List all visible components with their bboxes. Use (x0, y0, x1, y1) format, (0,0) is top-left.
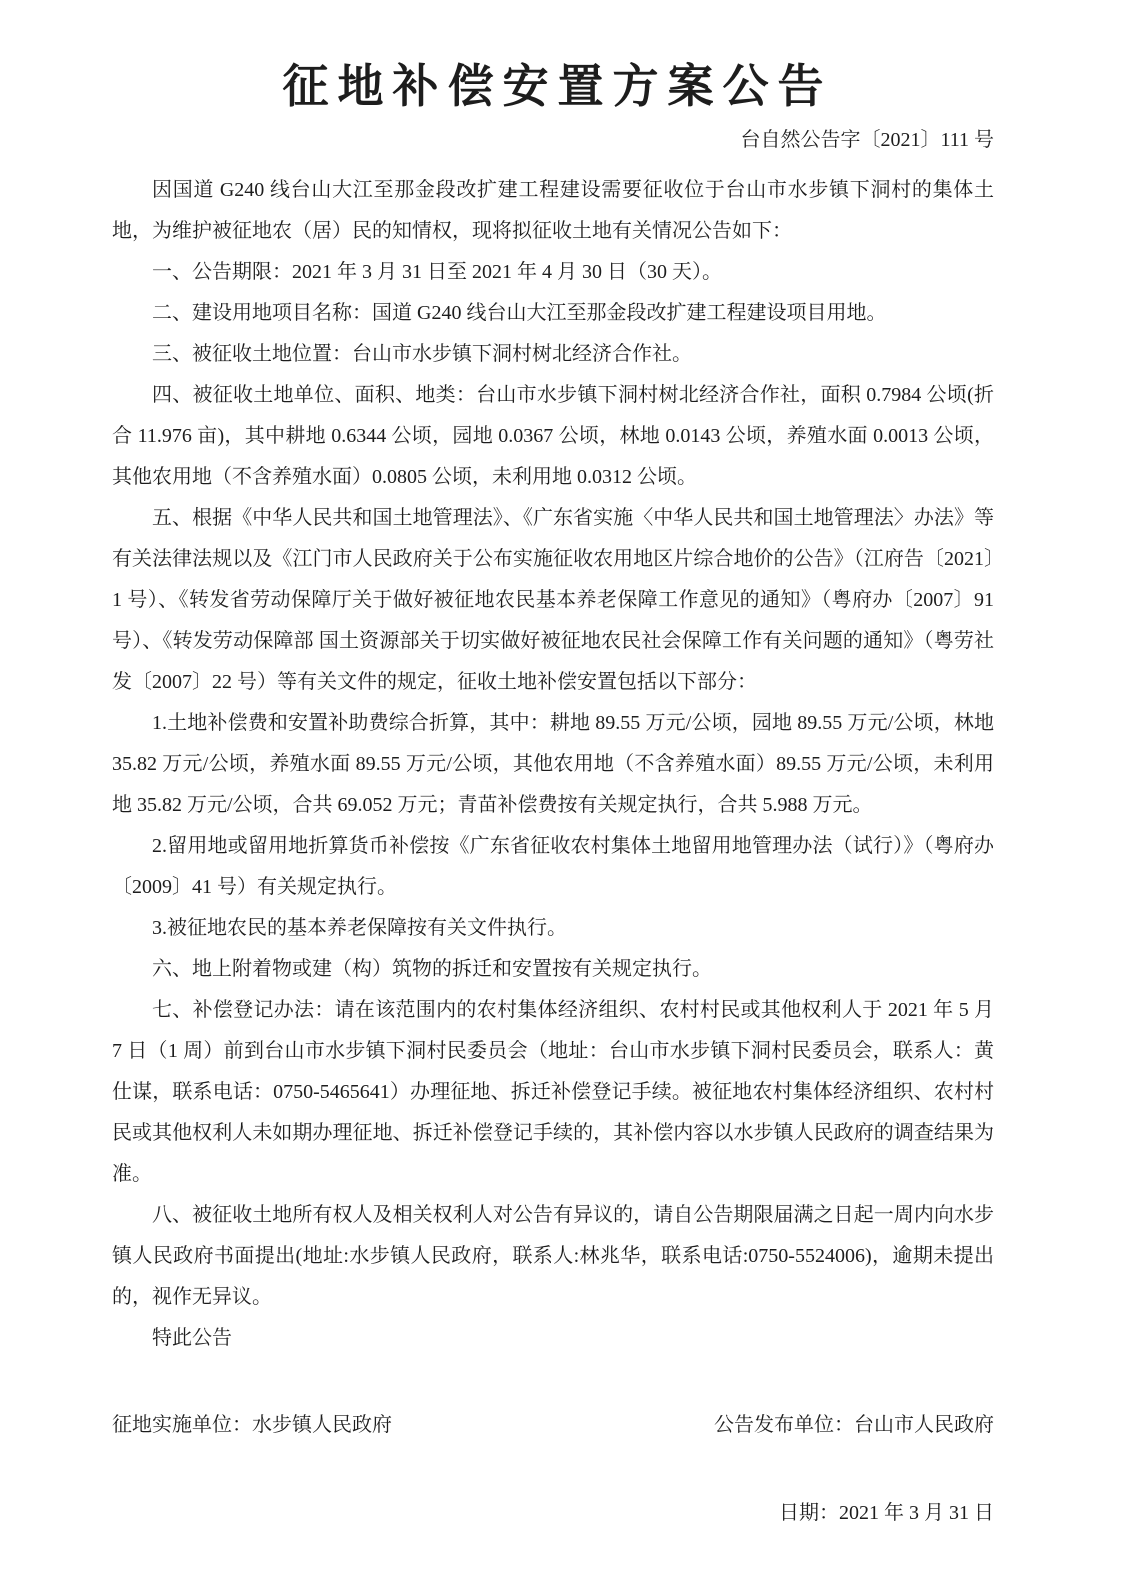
doc-number: 台自然公告字〔2021〕111 号 (112, 126, 994, 154)
footer-date: 日期：2021 年 3 月 31 日 (112, 1499, 994, 1527)
section-3-land-location: 三、被征收土地位置：台山市水步镇下洞村树北经济合作社。 (112, 334, 994, 375)
footer-publish-unit: 公告发布单位：台山市人民政府 (714, 1411, 994, 1439)
footer-implement-unit: 征地实施单位：水步镇人民政府 (112, 1411, 392, 1439)
page-title: 征地补偿安置方案公告 (112, 56, 994, 118)
item-3-pension: 3.被征地农民的基本养老保障按有关文件执行。 (112, 908, 994, 949)
paragraph-intro: 因国道 G240 线台山大江至那金段改扩建工程建设需要征收位于台山市水步镇下洞村… (112, 170, 994, 252)
footer-units-row: 征地实施单位：水步镇人民政府 公告发布单位：台山市人民政府 (112, 1411, 994, 1439)
announcement-page: 征地补偿安置方案公告 台自然公告字〔2021〕111 号 因国道 G240 线台… (0, 0, 1122, 1587)
section-8-objection: 八、被征收土地所有权人及相关权利人对公告有异议的，请自公告期限届满之日起一周内向… (112, 1195, 994, 1318)
section-5-legal-basis: 五、根据《中华人民共和国土地管理法》、《广东省实施〈中华人民共和国土地管理法〉办… (112, 498, 994, 703)
section-7-registration: 七、补偿登记办法：请在该范围内的农村集体经济组织、农村村民或其他权利人于 202… (112, 990, 994, 1195)
item-1-land-compensation: 1.土地补偿费和安置补助费综合折算，其中：耕地 89.55 万元/公顷，园地 8… (112, 703, 994, 826)
section-6-attachments: 六、地上附着物或建（构）筑物的拆迁和安置按有关规定执行。 (112, 949, 994, 990)
document-body: 因国道 G240 线台山大江至那金段改扩建工程建设需要征收位于台山市水步镇下洞村… (112, 170, 994, 1359)
section-2-project-name: 二、建设用地项目名称：国道 G240 线台山大江至那金段改扩建工程建设项目用地。 (112, 293, 994, 334)
item-2-reserved-land: 2.留用地或留用地折算货币补偿按《广东省征收农村集体土地留用地管理办法（试行）》… (112, 826, 994, 908)
section-1-notice-period: 一、公告期限：2021 年 3 月 31 日至 2021 年 4 月 30 日（… (112, 252, 994, 293)
closing-statement: 特此公告 (112, 1318, 994, 1359)
section-4-land-area: 四、被征收土地单位、面积、地类：台山市水步镇下洞村树北经济合作社，面积 0.79… (112, 375, 994, 498)
